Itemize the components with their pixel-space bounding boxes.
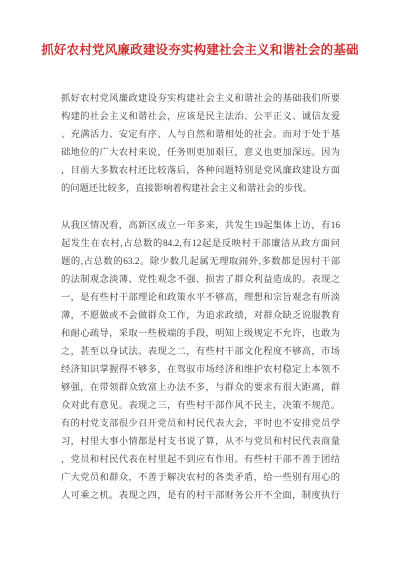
text-line: 的问题还比较多，直接影响着构建社会主义和谐社会的步伐。 (61, 180, 340, 198)
document-body: 抓好农村党风廉政建设夯实构建社会主义和谐社会的基础我们所要构建的社会主义和谐社会… (61, 90, 340, 524)
text-line: 、充满活力、安定有序、人与自然和谐相处的社会。而对于处于基 (61, 126, 340, 144)
text-line: 有的村党支部很少召开党员和村民代表大会，平时也不安排党员学 (61, 415, 340, 433)
text-line: 习，村里大事小情都是村支书说了算，从不与党员和村民代表商量 (61, 433, 340, 451)
text-line: 人可乘之机。表现之四，是有的村干部财务公开不全面，制度执行 (61, 487, 340, 505)
text-line: ，目前大多数农村还比较落后，各种问题特别是党风廉政建设方面 (61, 162, 340, 180)
text-line: ，党员和村民代表在村里起不到应有作用。有些村干部不善于团结 (61, 451, 340, 469)
text-line: 从我区情况看，高新区成立一年多来，共发生19起集体上访，有16 (61, 217, 340, 235)
text-line: 构建的社会主义和谐社会，应该是民主法治、公平正义、诚信友爱 (61, 108, 340, 126)
document-page: 抓好农村党风廉政建设夯实构建社会主义和谐社会的基础 抓好农村党风廉政建设夯实构建… (0, 0, 400, 566)
paragraph: 从我区情况看，高新区成立一年多来，共发生19起集体上访，有16起发生在农村,占总… (61, 217, 340, 505)
text-line: 题的,占总数的63.2。除少数几起属无理取闹外,多数都是因村干部 (61, 253, 340, 271)
text-line: 起发生在农村,占总数的84.2,有12起是反映村干部廉洁从政方面问 (61, 235, 340, 253)
text-line: 之，甚至以身试法。表现之二，有些村干部文化程度不够高，市场 (61, 343, 340, 361)
text-line: 众对此有意见。表现之三，有些村干部作风不民主，决策不规范。 (61, 397, 340, 415)
text-line: 薄，不愿做或不会做群众工作，为追求政绩，对群众缺乏说服教育 (61, 307, 340, 325)
text-line: 和耐心疏导，采取一些极端的手段，明知上级规定不允许，也敢为 (61, 325, 340, 343)
paragraph: 抓好农村党风廉政建设夯实构建社会主义和谐社会的基础我们所要构建的社会主义和谐社会… (61, 90, 340, 198)
text-line: 经济知识掌握得不够多，在驾驭市场经济和维护农村稳定上本领不 (61, 361, 340, 379)
text-line: 的法制观念淡薄、党性观念不强、损害了群众利益造成的。表现之 (61, 271, 340, 289)
document-title: 抓好农村党风廉政建设夯实构建社会主义和谐社会的基础 (0, 42, 400, 58)
text-line: 广大党员和群众，不善于解决农村的各类矛盾，给一些别有用心的 (61, 469, 340, 487)
text-line: 一，是有些村干部理论和政策水平不够高，理想和宗旨观念有所淡 (61, 289, 340, 307)
text-line: 础地位的广大农村来说，任务则更加艰巨，意义也更加深远。因为 (61, 144, 340, 162)
text-line: 抓好农村党风廉政建设夯实构建社会主义和谐社会的基础我们所要 (61, 90, 340, 108)
text-line: 够强，在带领群众致富上办法不多，与群众的要求有很大距离，群 (61, 379, 340, 397)
